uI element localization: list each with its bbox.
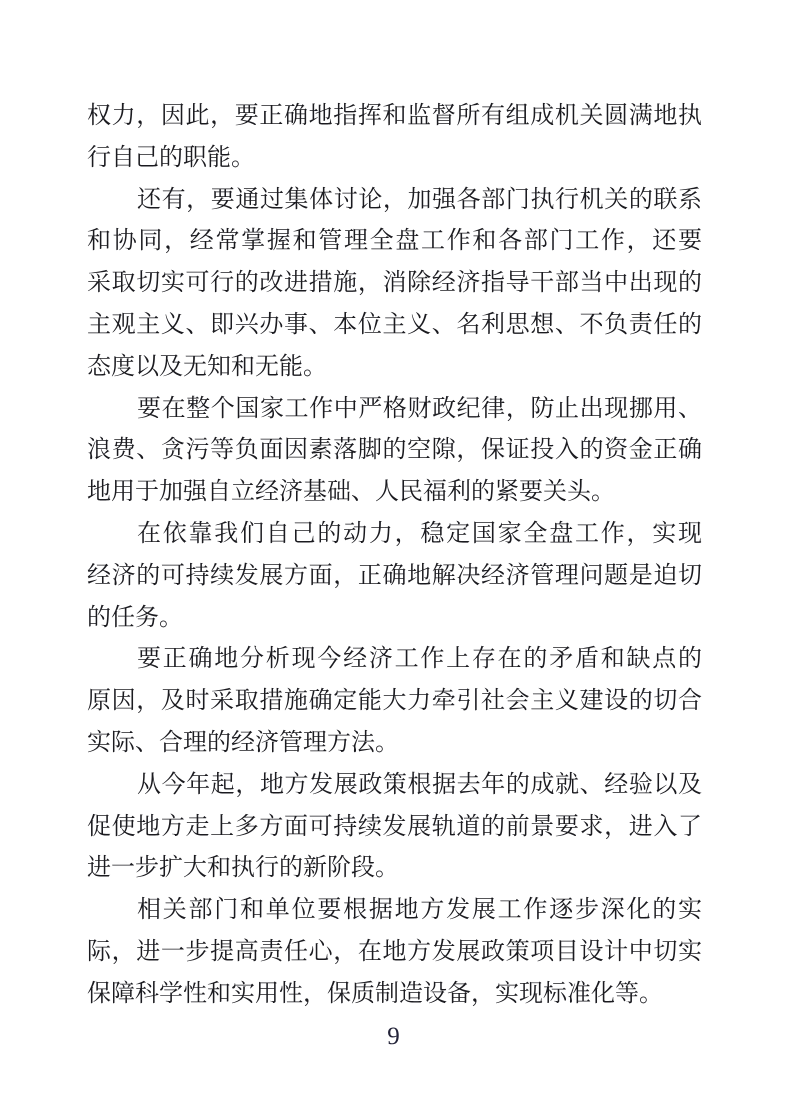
text-line: 在依靠我们自己的动力，稳定国家全盘工作，实现 <box>87 514 702 556</box>
text-line: 相关部门和单位要根据地方发展工作逐步深化的实 <box>87 890 702 932</box>
text-line: 从今年起，地方发展政策根据去年的成就、经验以及 <box>87 765 702 807</box>
text-line: 促使地方走上多方面可持续发展轨道的前景要求，进入了 <box>87 807 702 849</box>
text-line: 实际、合理的经济管理方法。 <box>87 723 702 765</box>
page-number: 9 <box>0 1021 787 1053</box>
document-page: 权力，因此，要正确地指挥和监督所有组成机关圆满地执 行自己的职能。 还有，要通过… <box>0 0 787 1118</box>
text-line: 的任务。 <box>87 598 702 640</box>
text-line: 权力，因此，要正确地指挥和监督所有组成机关圆满地执 <box>87 96 702 138</box>
text-line: 浪费、贪污等负面因素落脚的空隙，保证投入的资金正确 <box>87 430 702 472</box>
text-line: 主观主义、即兴办事、本位主义、名利思想、不负责任的 <box>87 305 702 347</box>
text-line: 还有，要通过集体讨论，加强各部门执行机关的联系 <box>87 180 702 222</box>
text-line: 地用于加强自立经济基础、人民福利的紧要关头。 <box>87 472 702 514</box>
body-text-block: 权力，因此，要正确地指挥和监督所有组成机关圆满地执 行自己的职能。 还有，要通过… <box>87 96 702 1016</box>
text-line: 采取切实可行的改进措施，消除经济指导干部当中出现的 <box>87 263 702 305</box>
text-line: 要正确地分析现今经济工作上存在的矛盾和缺点的 <box>87 639 702 681</box>
text-line: 要在整个国家工作中严格财政纪律，防止出现挪用、 <box>87 389 702 431</box>
text-line: 进一步扩大和执行的新阶段。 <box>87 848 702 890</box>
text-line: 态度以及无知和无能。 <box>87 347 702 389</box>
text-line: 保障科学性和实用性，保质制造设备，实现标准化等。 <box>87 974 702 1016</box>
text-line: 经济的可持续发展方面，正确地解决经济管理问题是迫切 <box>87 556 702 598</box>
text-line: 行自己的职能。 <box>87 138 702 180</box>
text-line: 际，进一步提高责任心，在地方发展政策项目设计中切实 <box>87 932 702 974</box>
text-line: 原因，及时采取措施确定能大力牵引社会主义建设的切合 <box>87 681 702 723</box>
text-line: 和协同，经常掌握和管理全盘工作和各部门工作，还要 <box>87 221 702 263</box>
